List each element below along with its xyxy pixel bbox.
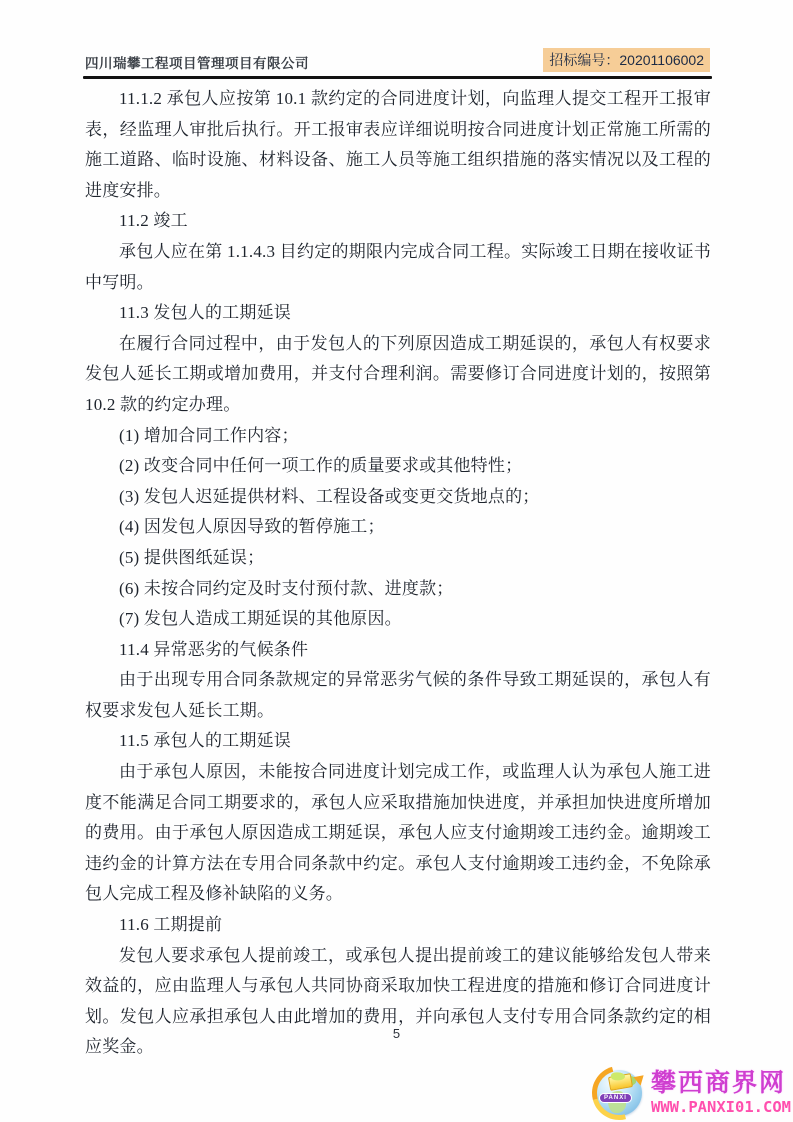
tender-number-value: 20201106002 bbox=[619, 52, 704, 68]
clause-paragraph: 由于承包人原因，未能按合同进度计划完成工作，或监理人认为承包人施工进度不能满足合… bbox=[85, 757, 711, 910]
page-number: 5 bbox=[0, 1026, 793, 1041]
clause-list-item: (5) 提供图纸延误； bbox=[85, 543, 711, 574]
clause-paragraph: 在履行合同过程中，由于发包人的下列原因造成工期延误的，承包人有权要求发包人延长工… bbox=[85, 329, 711, 421]
clause-heading: 11.6 工期提前 bbox=[85, 910, 711, 941]
watermark-text: 攀西商界网 WWW.PANXI01.COM bbox=[651, 1071, 791, 1116]
site-watermark: PANXI 攀西商界网 WWW.PANXI01.COM bbox=[592, 1065, 790, 1121]
clause-heading: 11.4 异常恶劣的气候条件 bbox=[85, 635, 711, 666]
document-body: 11.1.2 承包人应按第 10.1 款约定的合同进度计划，向监理人提交工程开工… bbox=[85, 84, 711, 1063]
globe-banner-label: PANXI bbox=[599, 1093, 632, 1103]
tender-number: 招标编号：20201106002 bbox=[543, 48, 710, 72]
clause-heading: 11.2 竣工 bbox=[85, 206, 711, 237]
clause-list-item: (7) 发包人造成工期延误的其他原因。 bbox=[85, 604, 711, 635]
clause-list-item: (4) 因发包人原因导致的暂停施工； bbox=[85, 512, 711, 543]
globe-logo-icon: PANXI bbox=[592, 1066, 646, 1120]
clause-paragraph: 由于出现专用合同条款规定的异常恶劣气候的条件导致工期延误的，承包人有权要求发包人… bbox=[85, 665, 711, 726]
clause-heading: 11.3 发包人的工期延误 bbox=[85, 298, 711, 329]
site-url: WWW.PANXI01.COM bbox=[651, 1099, 791, 1115]
clause-paragraph: 11.1.2 承包人应按第 10.1 款约定的合同进度计划，向监理人提交工程开工… bbox=[85, 84, 711, 206]
clause-list-item: (2) 改变合同中任何一项工作的质量要求或其他特性； bbox=[85, 451, 711, 482]
document-page: 四川瑞攀工程项目管理项目有限公司 招标编号：20201106002 11.1.2… bbox=[0, 0, 793, 1122]
scanned-document-screenshot: { "page": { "number": "5" }, "header": {… bbox=[0, 0, 793, 1122]
clause-list-item: (6) 未按合同约定及时支付预付款、进度款； bbox=[85, 574, 711, 605]
clause-paragraph: 承包人应在第 1.1.4.3 目约定的期限内完成合同工程。实际竣工日期在接收证书… bbox=[85, 237, 711, 298]
company-name: 四川瑞攀工程项目管理项目有限公司 bbox=[85, 52, 309, 72]
clause-list-item: (1) 增加合同工作内容； bbox=[85, 421, 711, 452]
tender-number-label: 招标编号： bbox=[549, 52, 619, 68]
header-divider bbox=[83, 76, 712, 79]
clause-list-item: (3) 发包人迟延提供材料、工程设备或变更交货地点的； bbox=[85, 482, 711, 513]
clause-heading: 11.5 承包人的工期延误 bbox=[85, 726, 711, 757]
clause-paragraph: 发包人要求承包人提前竣工，或承包人提出提前竣工的建议能够给发包人带来效益的，应由… bbox=[85, 941, 711, 1063]
page-header: 四川瑞攀工程项目管理项目有限公司 招标编号：20201106002 bbox=[85, 48, 710, 72]
site-name: 攀西商界网 bbox=[651, 1071, 791, 1097]
